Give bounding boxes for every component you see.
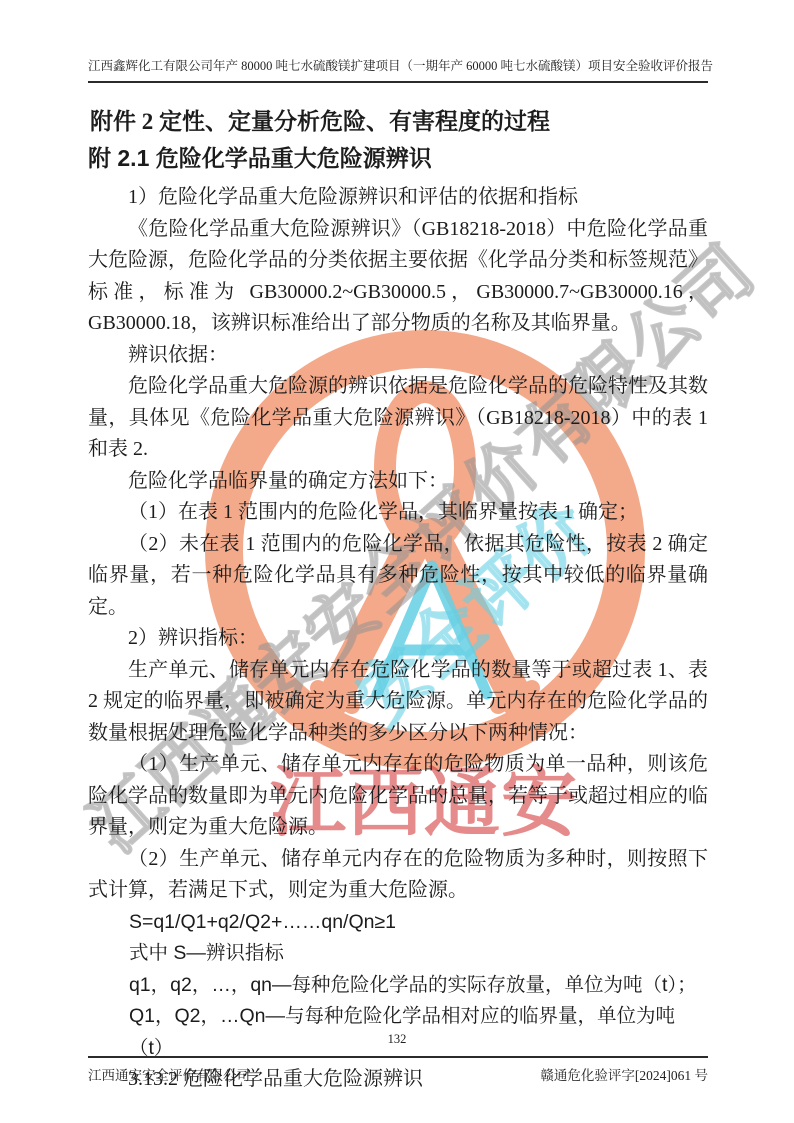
paragraph: 生产单元、储存单元内存在危险化学品的数量等于或超过表 1、表 2 规定的临界量，…: [88, 655, 708, 750]
paragraph: 2）辨识指标：: [88, 623, 708, 655]
paragraph: 危险化学品临界量的确定方法如下：: [88, 466, 708, 498]
paragraph: （2）未在表 1 范围内的危险化学品，依据其危险性，按表 2 确定临界量，若一种…: [88, 529, 708, 624]
paragraph: 《危险化学品重大危险源辨识》（GB18218-2018）中危险化学品重大危险源，…: [88, 214, 708, 340]
paragraph: 危险化学品重大危险源的辨识依据是危险化学品的危险特性及其数量，具体见《危险化学品…: [88, 371, 708, 466]
page-footer: 江西通安安全评价有限公司 赣通危化验评字[2024]061 号: [88, 1056, 708, 1084]
footer-company: 江西通安安全评价有限公司: [88, 1064, 250, 1084]
appendix-title: 附件 2 定性、定量分析危险、有害程度的过程: [90, 106, 708, 138]
report-page: 江西通安安全评价有限公司 安全评价 江西通安 江西鑫辉化工有限公司年产 8000…: [0, 0, 794, 1123]
paragraph: 辨识依据：: [88, 340, 708, 372]
paragraph: 式中 S—辨识指标: [88, 938, 708, 970]
section-title: 附 2.1 危险化学品重大危险源辨识: [88, 142, 708, 174]
paragraph: S=q1/Q1+q2/Q2+……qn/Qn≥1: [88, 907, 708, 939]
paragraph: q1，q2，…，qn—每种危险化学品的实际存放量，单位为吨（t）；: [88, 970, 708, 1002]
paragraph: （1）在表 1 范围内的危险化学品，其临界量按表 1 确定；: [88, 497, 708, 529]
paragraph: （1）生产单元、储存单元内存在的危险物质为单一品种，则该危险化学品的数量即为单元…: [88, 749, 708, 844]
page-number: 132: [0, 1032, 794, 1047]
document-body: 1）危险化学品重大危险源辨识和评估的依据和指标《危险化学品重大危险源辨识》（GB…: [88, 182, 708, 1096]
footer-doc-number: 赣通危化验评字[2024]061 号: [540, 1064, 708, 1084]
document-content: 附件 2 定性、定量分析危险、有害程度的过程 附 2.1 危险化学品重大危险源辨…: [88, 106, 708, 1096]
paragraph: （2）生产单元、储存单元内存在的危险物质为多种时，则按照下式计算，若满足下式，则…: [88, 844, 708, 907]
page-header: 江西鑫辉化工有限公司年产 80000 吨七水硫酸镁扩建项目（一期年产 60000…: [88, 56, 708, 83]
paragraph: 1）危险化学品重大危险源辨识和评估的依据和指标: [88, 182, 708, 214]
